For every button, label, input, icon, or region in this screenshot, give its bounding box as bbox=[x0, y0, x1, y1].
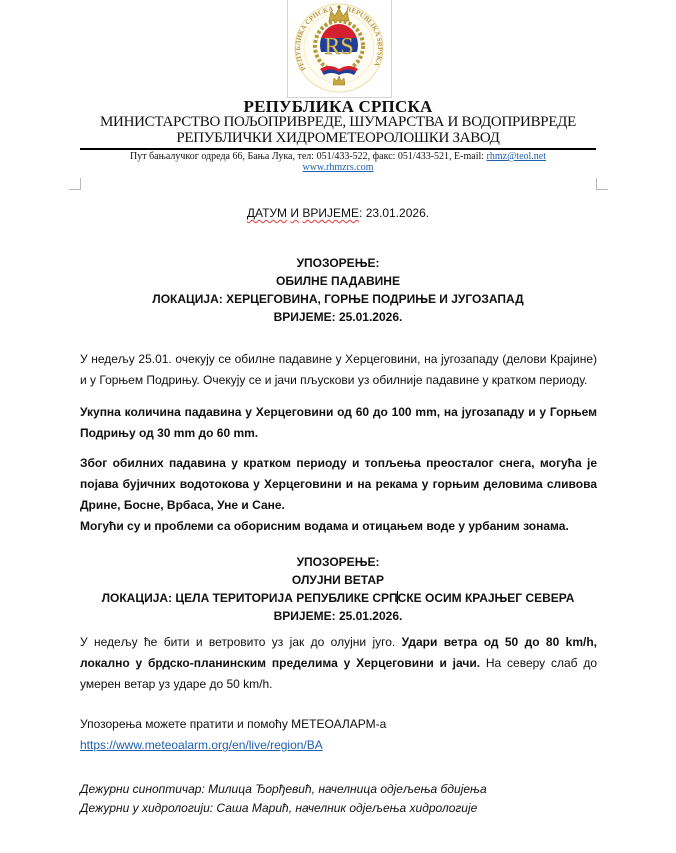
letterhead-ministry: МИНИСТАРСТВО ПОЉОПРИВРЕДЕ, ШУМАРСТВА И В… bbox=[0, 114, 676, 131]
wind-text: У недељу ће бити и ветровито уз јак до о… bbox=[80, 635, 402, 649]
warning-location: ЛОКАЦИЈА: ЦЕЛА ТЕРИТОРИЈА РЕПУБЛИКЕ СРПС… bbox=[0, 589, 676, 607]
margin-crop-mark-right bbox=[596, 178, 608, 190]
warning-heading: УПОЗОРЕЊЕ: bbox=[0, 254, 676, 272]
date-label-word: ВРИЈЕМЕ bbox=[302, 206, 359, 220]
address-text: Пут бањалучког одреда 66, Бања Лука, тел… bbox=[130, 151, 487, 162]
warning-heading: УПОЗОРЕЊЕ: bbox=[0, 553, 676, 571]
warning-rain-header: УПОЗОРЕЊЕ: ОБИЛНЕ ПАДАВИНЕ ЛОКАЦИЈА: ХЕР… bbox=[0, 254, 676, 326]
signature-hydrology: Дежурни у хидрологији: Саша Марић, начел… bbox=[80, 799, 597, 818]
paragraph-rain-intro: У недељу 25.01. очекују се обилне падави… bbox=[80, 349, 597, 391]
signature-forecaster: Дежурни синоптичар: Милица Ђорђевић, нач… bbox=[80, 780, 597, 799]
svg-text:RS: RS bbox=[324, 34, 353, 60]
paragraph-flood-block: Због обилних падавина у кратком периоду … bbox=[80, 453, 597, 537]
coat-of-arms-logo: РЕПУБЛИКА СРПСКА REPUBLIKA SRPSKA RS bbox=[287, 0, 392, 98]
signatures: Дежурни синоптичар: Милица Ђорђевић, нач… bbox=[80, 780, 597, 818]
warning-time: ВРИЈЕМЕ: 25.01.2026. bbox=[0, 607, 676, 625]
warning-location-part: СКЕ ОСИМ КРАЈЊЕГ СЕВЕРА bbox=[398, 591, 575, 605]
paragraph-rain-amounts: Укупна количина падавина у Херцеговини о… bbox=[80, 402, 597, 444]
date-label-word: ДАТУМ bbox=[247, 206, 287, 220]
meteoalarm-text: Упозорења можете пратити и помоћу МЕТЕОА… bbox=[80, 714, 597, 735]
email-link[interactable]: rhmz@teol.net bbox=[487, 151, 546, 162]
margin-crop-mark-left bbox=[69, 178, 81, 190]
meteoalarm-link[interactable]: https://www.meteoalarm.org/en/live/regio… bbox=[80, 738, 323, 752]
letterhead-address: Пут бањалучког одреда 66, Бања Лука, тел… bbox=[0, 151, 676, 162]
letterhead-website: www.rhmzrs.com bbox=[0, 162, 676, 173]
paragraph-flood-risk: Због обилних падавина у кратком периоду … bbox=[80, 453, 597, 516]
warning-type: ОЛУЈНИ ВЕТАР bbox=[0, 571, 676, 589]
website-link[interactable]: www.rhmzrs.com bbox=[302, 162, 373, 173]
date-line: ДАТУМ И ВРИЈЕМЕ: 23.01.2026. bbox=[0, 206, 676, 220]
letterhead-institute: РЕПУБЛИЧКИ ХИДРОМЕТЕОРОЛОШКИ ЗАВОД bbox=[0, 130, 676, 147]
coat-of-arms-icon: РЕПУБЛИКА СРПСКА REPUBLIKA SRPSKA RS bbox=[288, 0, 391, 97]
date-value: 23.01.2026. bbox=[366, 206, 429, 220]
warning-type: ОБИЛНЕ ПАДАВИНЕ bbox=[0, 272, 676, 290]
warning-location: ЛОКАЦИЈА: ХЕРЦЕГОВИНА, ГОРЊЕ ПОДРИЊЕ И Ј… bbox=[0, 290, 676, 308]
warning-wind-header: УПОЗОРЕЊЕ: ОЛУЈНИ ВЕТАР ЛОКАЦИЈА: ЦЕЛА Т… bbox=[0, 553, 676, 625]
paragraph-urban-water: Могући су и проблеми са оборисним водама… bbox=[80, 516, 597, 537]
date-label-word: И bbox=[290, 206, 299, 220]
paragraph-meteoalarm: Упозорења можете пратити и помоћу МЕТЕОА… bbox=[80, 714, 597, 756]
paragraph-wind: У недељу ће бити и ветровито уз јак до о… bbox=[80, 632, 597, 695]
warning-time: ВРИЈЕМЕ: 25.01.2026. bbox=[0, 308, 676, 326]
letterhead-divider bbox=[80, 148, 596, 150]
warning-location-part: ЛОКАЦИЈА: ЦЕЛА ТЕРИТОРИЈА РЕПУБЛИКЕ СРП bbox=[102, 591, 398, 605]
date-separator: : bbox=[359, 206, 366, 220]
